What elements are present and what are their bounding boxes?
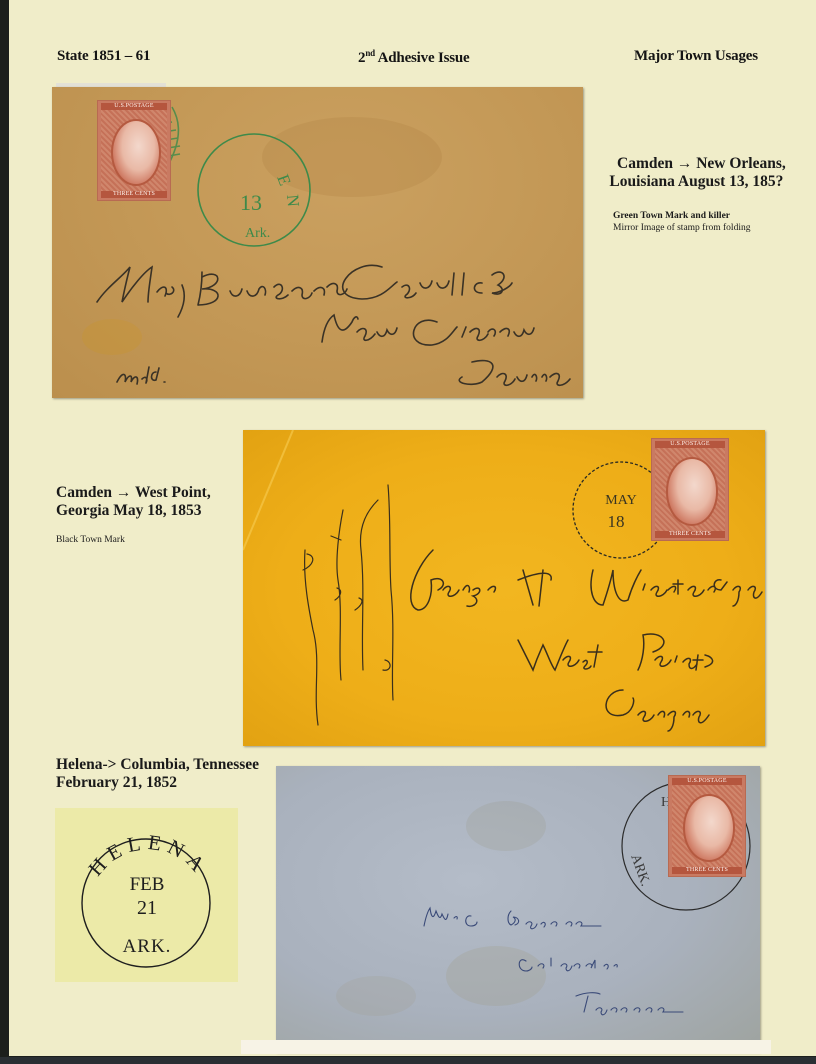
mount-backing: [241, 1040, 771, 1054]
cover-3-caption: Helena-> Columbia, Tennessee February 21…: [56, 756, 259, 792]
svg-text:21: 21: [137, 897, 157, 919]
svg-text:18: 18: [608, 512, 625, 531]
header-topic: Major Town Usages: [634, 48, 758, 65]
stamp-3c-washington: U.S.POSTAGE THREE CENTS: [668, 775, 746, 877]
svg-text:FEB: FEB: [130, 874, 165, 895]
cover-1-note: Green Town Mark and killer Mirror Image …: [613, 210, 750, 234]
svg-text:MAY: MAY: [605, 493, 636, 508]
scanner-edge: [0, 1057, 816, 1064]
cover-2-note: Black Town Mark: [56, 534, 125, 546]
header-issue: 2nd Adhesive Issue: [358, 48, 469, 67]
svg-text:N: N: [283, 194, 303, 208]
header-period: State 1851 – 61: [57, 48, 150, 65]
svg-text:13: 13: [240, 190, 262, 215]
svg-text:Ark.: Ark.: [245, 226, 270, 241]
svg-text:HELENA: HELENA: [83, 830, 213, 881]
helena-postmark-tracing: HELENA FEB 21 ARK.: [55, 808, 238, 982]
svg-text:ARK.: ARK.: [627, 852, 652, 888]
stamp-3c-washington: U.S.POSTAGE THREE CENTS: [97, 100, 171, 201]
svg-text:ARK.: ARK.: [123, 936, 172, 957]
cover-2-caption: Camden → West Point, Georgia May 18, 185…: [56, 484, 211, 520]
cover-1-caption: Camden → New Orleans, Louisiana August 1…: [617, 155, 786, 191]
stamp-3c-washington: U.S.POSTAGE THREE CENTS: [651, 438, 729, 541]
